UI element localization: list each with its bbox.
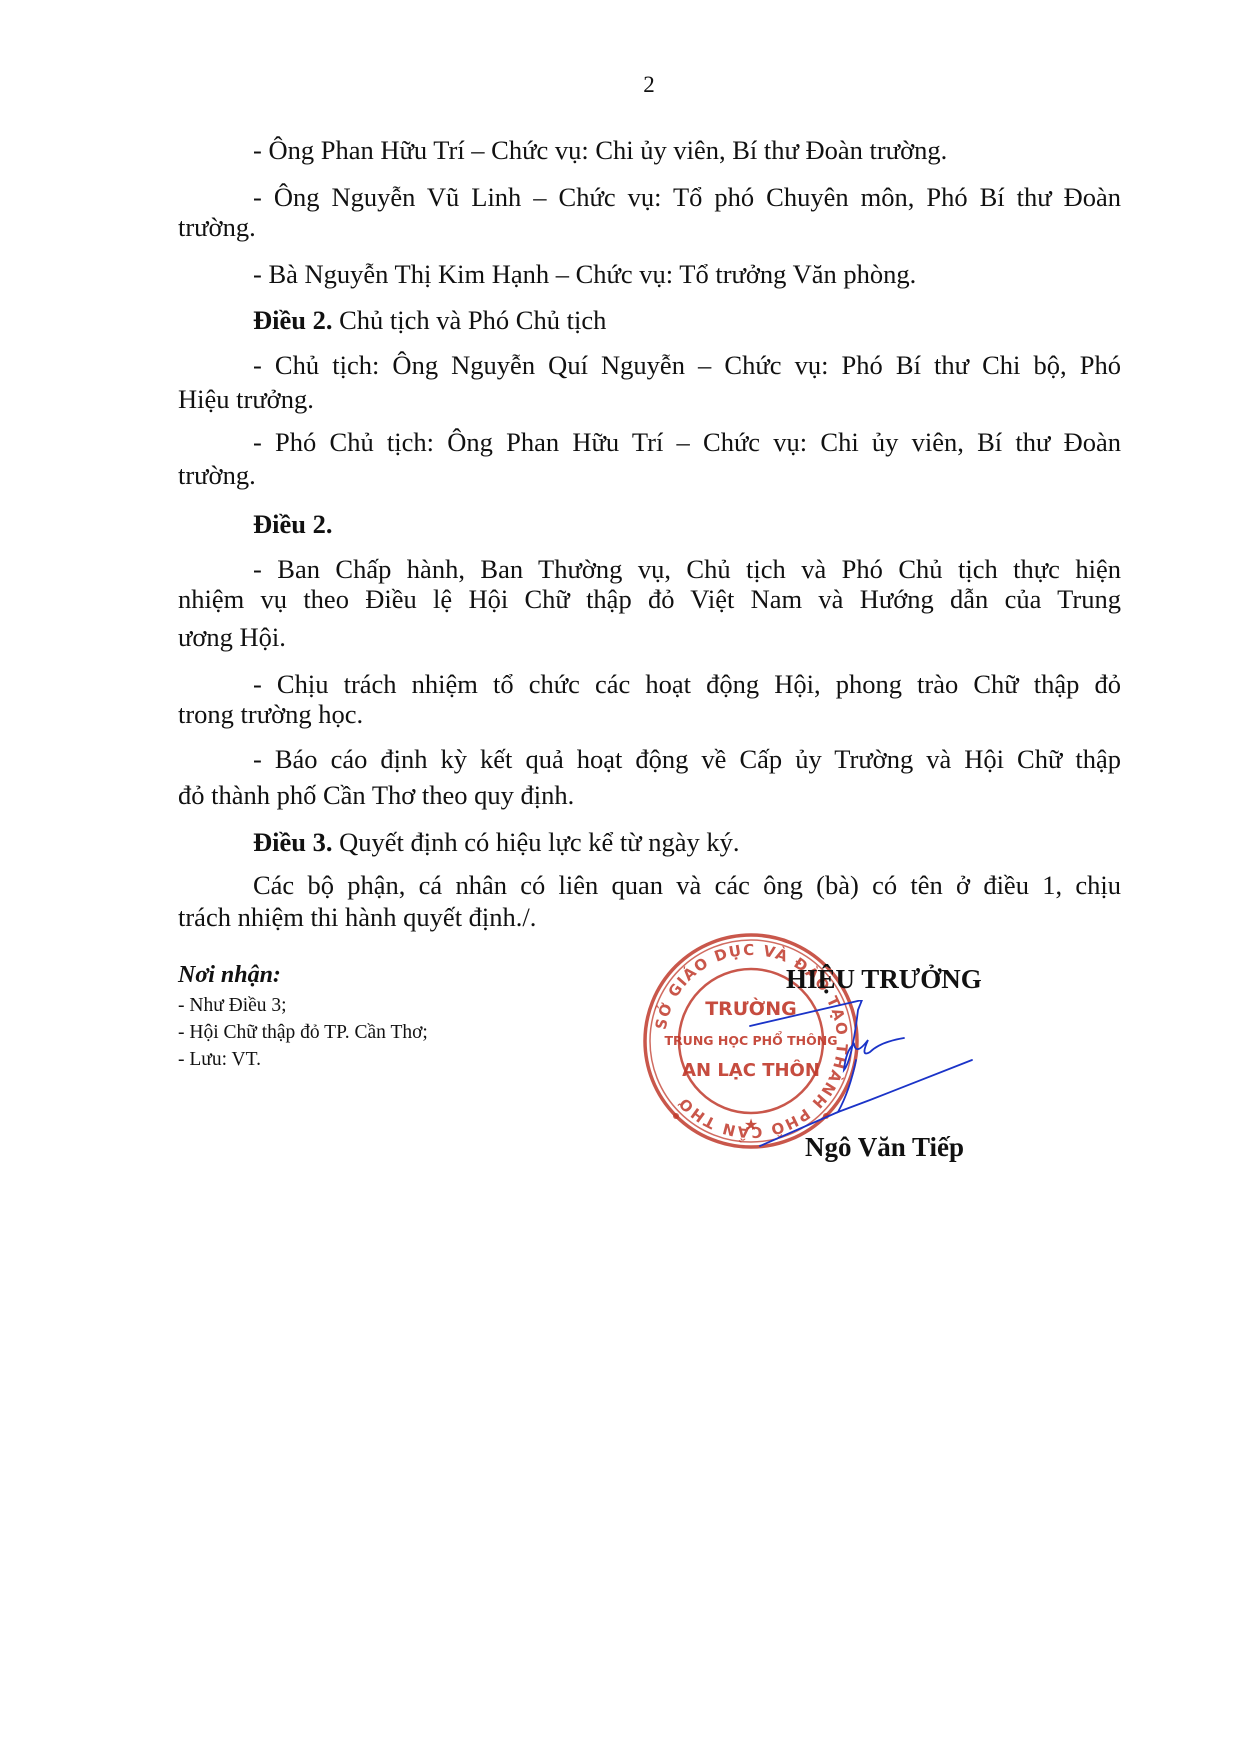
vice-chair-line-1: - Phó Chủ tịch: Ông Phan Hữu Trí – Chức … [253, 426, 1121, 458]
duty-3-line-2: đỏ thành phố Cần Thơ theo quy định. [178, 779, 574, 811]
chair-line-2: Hiệu trưởng. [178, 383, 314, 415]
signer-name: Ngô Văn Tiếp [805, 1132, 964, 1163]
duty-2-line-1: - Chịu trách nhiệm tổ chức các hoạt động… [253, 668, 1121, 700]
member-line-2-cont: trường. [178, 211, 256, 243]
duty-1-line-2: nhiệm vụ theo Điều lệ Hội Chữ thập đỏ Vi… [178, 583, 1121, 615]
stamp-line-3: AN LẠC THÔN [682, 1059, 820, 1081]
page-number: 2 [0, 72, 1241, 98]
recipient-item-3: - Lưu: VT. [178, 1048, 261, 1072]
article-3: Điều 3. Quyết định có hiệu lực kể từ ngà… [253, 826, 740, 858]
article-2-title: Chủ tịch và Phó Chủ tịch [333, 305, 607, 335]
stamp-line-2: TRUNG HỌC PHỔ THÔNG [665, 1031, 838, 1048]
article-2-heading: Điều 2. Chủ tịch và Phó Chủ tịch [253, 304, 606, 336]
member-line-1: - Ông Phan Hữu Trí – Chức vụ: Chi ủy viê… [253, 134, 947, 166]
article-3-text: Quyết định có hiệu lực kể từ ngày ký. [333, 827, 740, 857]
duty-1-line-1: - Ban Chấp hành, Ban Thường vụ, Chủ tịch… [253, 553, 1121, 585]
chair-line-1: - Chủ tịch: Ông Nguyễn Quí Nguyễn – Chức… [253, 349, 1121, 381]
recipients-heading: Nơi nhận: [178, 962, 281, 989]
recipient-item-2: - Hội Chữ thập đỏ TP. Cần Thơ; [178, 1021, 428, 1045]
duty-2-line-2: trong trường học. [178, 698, 363, 730]
stamp-line-1: TRƯỜNG [705, 996, 797, 1020]
duty-1-line-3: ương Hội. [178, 621, 286, 653]
closing-line-1: Các bộ phận, cá nhân có liên quan và các… [253, 869, 1121, 901]
duty-3-line-1: - Báo cáo định kỳ kết quả hoạt động về C… [253, 743, 1121, 775]
article-2-label: Điều 2. [253, 305, 333, 335]
article-2b-heading: Điều 2. [253, 508, 333, 540]
vice-chair-line-2: trường. [178, 459, 256, 491]
article-2b-label: Điều 2. [253, 509, 333, 539]
member-line-2: - Ông Nguyễn Vũ Linh – Chức vụ: Tổ phó C… [253, 181, 1121, 213]
recipient-item-1: - Như Điều 3; [178, 994, 287, 1018]
article-3-label: Điều 3. [253, 827, 333, 857]
signature-title: HIỆU TRƯỞNG [786, 964, 982, 995]
member-line-3: - Bà Nguyễn Thị Kim Hạnh – Chức vụ: Tổ t… [253, 258, 916, 290]
closing-line-2: trách nhiệm thi hành quyết định./. [178, 901, 536, 933]
svg-text:★: ★ [744, 1117, 758, 1134]
